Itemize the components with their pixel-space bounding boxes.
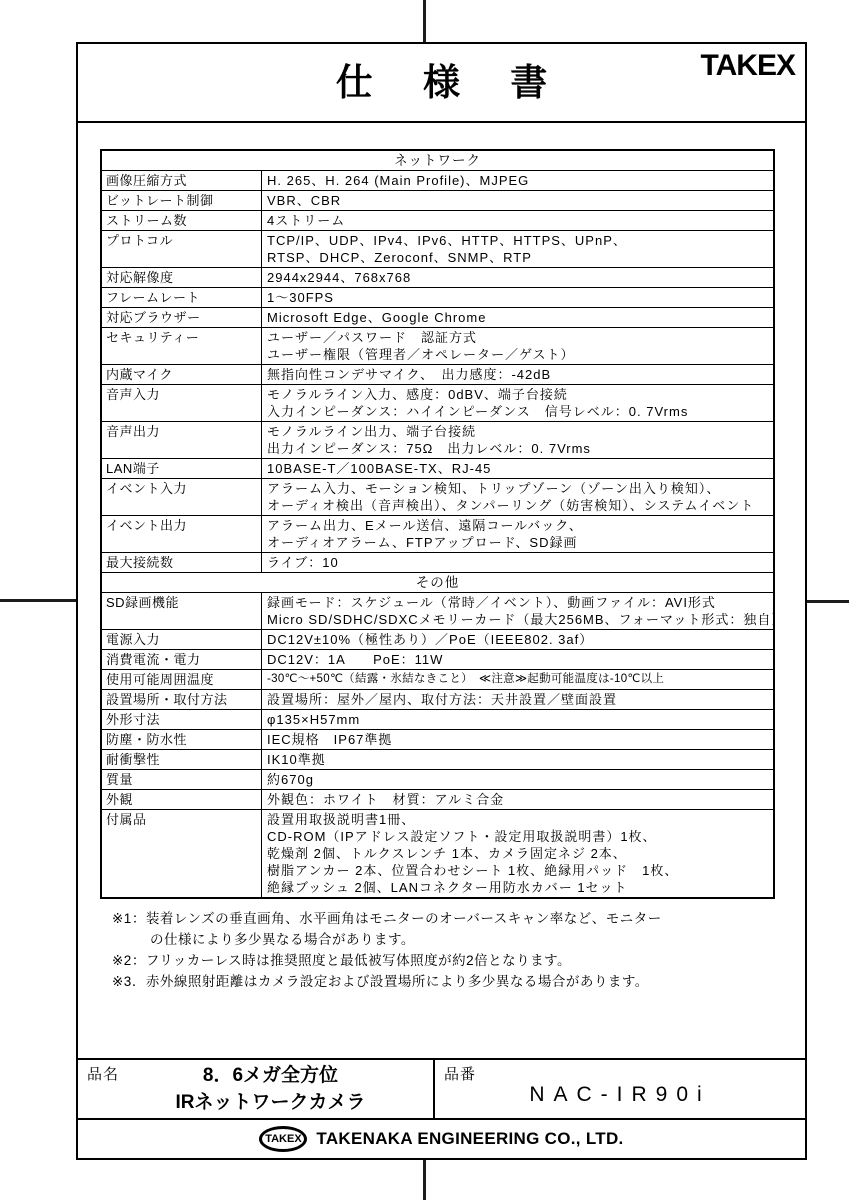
spec-value-line: 樹脂アンカー 2本、位置合わせシート 1枚、絶縁用パッド 1枚、 [267,862,768,879]
spec-value-line: 10BASE-T／100BASE-TX、RJ-45 [267,460,768,477]
spec-value-line: オーディオアラーム、FTPアップロード、SD録画 [267,534,768,551]
spec-row: 対応ブラウザーMicrosoft Edge、Google Chrome [102,307,773,327]
product-name-cell: 品名 8．6メガ全方位 IRネットワークカメラ [78,1060,435,1118]
footnote-line: ※1：装着レンズの垂直画角、水平画角はモニターのオーバースキャン率など、モニター [112,908,805,929]
spec-row: 消費電流・電力DC12V：1A PoE：11W [102,649,773,669]
spec-row-label: 消費電流・電力 [102,650,262,669]
spec-row-value: DC12V±10%（極性あり）／PoE（IEEE802. 3af） [262,630,773,649]
spec-value-line: DC12V：1A PoE：11W [267,651,768,668]
spec-row-value: ユーザー／パスワード 認証方式ユーザー権限（管理者／オペレーター／ゲスト） [262,328,773,364]
spec-row-value: 2944x2944、768x768 [262,268,773,287]
spec-row: ビットレート制御VBR、CBR [102,190,773,210]
footnote-line: ※2：フリッカーレス時は推奨照度と最低被写体照度が約2倍となります。 [112,950,805,971]
product-name: 8．6メガ全方位 IRネットワークカメラ [78,1060,433,1116]
spec-row-value: 設置場所：屋外／屋内、取付方法：天井設置／壁面設置 [262,690,773,709]
spec-row-value: 1～30FPS [262,288,773,307]
spec-value-line: 2944x2944、768x768 [267,269,768,286]
spec-row: 耐衝撃性IK10準拠 [102,749,773,769]
spec-row-value: Microsoft Edge、Google Chrome [262,308,773,327]
spec-row-label: 設置場所・取付方法 [102,690,262,709]
spec-row-value: -30℃～+50℃（結露・氷結なきこと） ≪注意≫起動可能温度は-10℃以上 [262,670,773,689]
spec-value-line: オーディオ検出（音声検出）、タンパーリング（妨害検知）、システムイベント [267,497,768,514]
spec-value-line: 1～30FPS [267,289,768,306]
spec-row-label: プロトコル [102,231,262,267]
spec-row-label: イベント入力 [102,479,262,515]
spec-row-value: VBR、CBR [262,191,773,210]
spec-row-label: 外観 [102,790,262,809]
spec-row: 質量約670g [102,769,773,789]
spec-row-label: 音声入力 [102,385,262,421]
spec-row-value: モノラルライン出力、端子台接続出力インピーダンス：75Ω 出力レベル：0. 7V… [262,422,773,458]
spec-value-line: 出力インピーダンス：75Ω 出力レベル：0. 7Vrms [267,440,768,457]
registration-mark-bottom [423,1158,426,1200]
spec-value-line: RTSP、DHCP、Zeroconf、SNMP、RTP [267,249,768,266]
spec-row-label: 防塵・防水性 [102,730,262,749]
spec-row-value: 4ストリーム [262,211,773,230]
spec-row: LAN端子10BASE-T／100BASE-TX、RJ-45 [102,458,773,478]
registration-mark-left [0,599,78,602]
registration-mark-top [423,0,426,44]
footnotes: ※1：装着レンズの垂直画角、水平画角はモニターのオーバースキャン率など、モニター… [112,908,805,992]
spec-row-value: IEC規格 IP67準拠 [262,730,773,749]
spec-row-label: 付属品 [102,810,262,897]
spec-row: SD録画機能録画モード：スケジュール（常時／イベント）、動画ファイル：AVI形式… [102,592,773,629]
spec-value-line: IEC規格 IP67準拠 [267,731,768,748]
spec-row-value: モノラルライン入力、感度：0dBV、端子台接続入力インピーダンス：ハイインピーダ… [262,385,773,421]
spec-value-line: -30℃～+50℃（結露・氷結なきこと） ≪注意≫起動可能温度は-10℃以上 [267,671,768,688]
spec-row-value: 設置用取扱説明書1冊、CD-ROM（IPアドレス設定ソフト・設定用取扱説明書）1… [262,810,773,897]
spec-row-value: IK10準拠 [262,750,773,769]
spec-row-label: ストリーム数 [102,211,262,230]
spec-row: セキュリティーユーザー／パスワード 認証方式ユーザー権限（管理者／オペレーター／… [102,327,773,364]
spec-row-label: 最大接続数 [102,553,262,572]
spec-row-value: アラーム入力、モーション検知、トリップゾーン（ゾーン出入り検知）、オーディオ検出… [262,479,773,515]
spec-row-label: 使用可能周囲温度 [102,670,262,689]
spec-row: 外観外観色：ホワイト 材質：アルミ合金 [102,789,773,809]
spec-value-line: 録画モード：スケジュール（常時／イベント）、動画ファイル：AVI形式 [267,594,768,611]
spec-row-label: 質量 [102,770,262,789]
spec-row: 電源入力DC12V±10%（極性あり）／PoE（IEEE802. 3af） [102,629,773,649]
section-header: ネットワーク [102,151,773,170]
spec-row-label: セキュリティー [102,328,262,364]
product-row: 品名 8．6メガ全方位 IRネットワークカメラ 品番 NAC-IR90i [78,1060,805,1118]
product-name-line-1: 8．6メガ全方位 [108,1062,433,1089]
spec-row: ストリーム数4ストリーム [102,210,773,230]
spec-value-line: ユーザー権限（管理者／オペレーター／ゲスト） [267,346,768,363]
spec-value-line: モノラルライン入力、感度：0dBV、端子台接続 [267,386,768,403]
spec-row: 最大接続数ライブ：10 [102,552,773,572]
spec-value-line: 外観色：ホワイト 材質：アルミ合金 [267,791,768,808]
spec-row-label: SD録画機能 [102,593,262,629]
spec-row-label: 外形寸法 [102,710,262,729]
spec-row-label: 対応ブラウザー [102,308,262,327]
spec-row: 内蔵マイク無指向性コンデサマイク、 出力感度：-42dB [102,364,773,384]
spec-row: 音声出力モノラルライン出力、端子台接続出力インピーダンス：75Ω 出力レベル：0… [102,421,773,458]
spec-row: 対応解像度2944x2944、768x768 [102,267,773,287]
product-number: NAC-IR90i [435,1060,805,1107]
spec-row-label: 画像圧縮方式 [102,171,262,190]
spec-value-line: モノラルライン出力、端子台接続 [267,423,768,440]
section-header: その他 [102,572,773,592]
spec-row-label: 電源入力 [102,630,262,649]
takex-logo-text: TAKEX [265,1133,301,1145]
product-number-cell: 品番 NAC-IR90i [435,1060,805,1118]
spec-value-line: 入力インピーダンス：ハイインピーダンス 信号レベル：0. 7Vrms [267,403,768,420]
spec-value-line: 4ストリーム [267,212,768,229]
spec-sheet-page: { "page": { "title": "仕 様 書", "brand": "… [0,0,849,1200]
spec-row-value: H. 265、H. 264 (Main Profile)、MJPEG [262,171,773,190]
spec-row-value: φ135×H57mm [262,710,773,729]
spec-row: フレームレート1～30FPS [102,287,773,307]
product-name-label: 品名 [87,1063,119,1084]
spec-row: 使用可能周囲温度-30℃～+50℃（結露・氷結なきこと） ≪注意≫起動可能温度は… [102,669,773,689]
spec-value-line: 約670g [267,771,768,788]
spec-row-label: 対応解像度 [102,268,262,287]
spec-row-value: 約670g [262,770,773,789]
footer: TAKEX TAKENAKA ENGINEERING CO., LTD. [78,1118,805,1158]
spec-row-value: 無指向性コンデサマイク、 出力感度：-42dB [262,365,773,384]
spec-row-value: DC12V：1A PoE：11W [262,650,773,669]
bottom-block: 品名 8．6メガ全方位 IRネットワークカメラ 品番 NAC-IR90i TAK… [78,1058,805,1158]
spec-row-value: TCP/IP、UDP、IPv4、IPv6、HTTP、HTTPS、UPnP、RTS… [262,231,773,267]
sheet-header: 仕 様 書 TAKEX [78,44,805,123]
spec-value-line: 設置場所：屋外／屋内、取付方法：天井設置／壁面設置 [267,691,768,708]
spec-row-label: 音声出力 [102,422,262,458]
spec-row: プロトコルTCP/IP、UDP、IPv4、IPv6、HTTP、HTTPS、UPn… [102,230,773,267]
spec-row-label: イベント出力 [102,516,262,552]
product-name-line-2: IRネットワークカメラ [108,1089,433,1116]
spec-value-line: ユーザー／パスワード 認証方式 [267,329,768,346]
spec-row: 音声入力モノラルライン入力、感度：0dBV、端子台接続入力インピーダンス：ハイイ… [102,384,773,421]
spec-value-line: 絶縁ブッシュ 2個、LANコネクター用防水カバー 1セット [267,879,768,896]
spec-row: 設置場所・取付方法設置場所：屋外／屋内、取付方法：天井設置／壁面設置 [102,689,773,709]
spec-value-line: Microsoft Edge、Google Chrome [267,309,768,326]
spec-row: 外形寸法φ135×H57mm [102,709,773,729]
company-name: TAKENAKA ENGINEERING CO., LTD. [316,1129,623,1149]
document-title: 仕 様 書 [78,44,805,121]
spec-value-line: IK10準拠 [267,751,768,768]
spec-row-value: ライブ：10 [262,553,773,572]
spec-value-line: ライブ：10 [267,554,768,571]
takex-brand-logo: TAKEX [701,49,795,83]
spec-value-line: 乾燥剤 2個、トルクスレンチ 1本、カメラ固定ネジ 2本、 [267,845,768,862]
spec-value-line: アラーム出力、Eメール送信、遠隔コールバック、 [267,517,768,534]
spec-value-line: 設置用取扱説明書1冊、 [267,811,768,828]
spec-row-label: 内蔵マイク [102,365,262,384]
spec-row: 画像圧縮方式H. 265、H. 264 (Main Profile)、MJPEG [102,170,773,190]
spec-value-line: TCP/IP、UDP、IPv4、IPv6、HTTP、HTTPS、UPnP、 [267,232,768,249]
spec-value-line: Micro SD/SDHC/SDXCメモリーカード（最大256MB、フォーマット… [267,611,768,628]
spec-value-line: φ135×H57mm [267,711,768,728]
takex-logo-icon: TAKEX [259,1126,307,1152]
spec-row-label: ビットレート制御 [102,191,262,210]
spec-value-line: CD-ROM（IPアドレス設定ソフト・設定用取扱説明書）1枚、 [267,828,768,845]
spec-row-label: LAN端子 [102,459,262,478]
spec-row-value: 録画モード：スケジュール（常時／イベント）、動画ファイル：AVI形式Micro … [262,593,773,629]
spec-row: イベント入力アラーム入力、モーション検知、トリップゾーン（ゾーン出入り検知）、オ… [102,478,773,515]
spec-row: 防塵・防水性IEC規格 IP67準拠 [102,729,773,749]
sheet-body: ネットワーク画像圧縮方式H. 265、H. 264 (Main Profile)… [78,149,805,992]
spec-row-label: フレームレート [102,288,262,307]
spec-row-value: 外観色：ホワイト 材質：アルミ合金 [262,790,773,809]
product-number-label: 品番 [444,1063,476,1084]
spec-row-value: アラーム出力、Eメール送信、遠隔コールバック、オーディオアラーム、FTPアップロ… [262,516,773,552]
spec-value-line: H. 265、H. 264 (Main Profile)、MJPEG [267,172,768,189]
footnote-line: の仕様により多少異なる場合があります。 [112,929,805,950]
spec-table: ネットワーク画像圧縮方式H. 265、H. 264 (Main Profile)… [100,149,775,899]
spec-value-line: VBR、CBR [267,192,768,209]
spec-row-value: 10BASE-T／100BASE-TX、RJ-45 [262,459,773,478]
spec-value-line: 無指向性コンデサマイク、 出力感度：-42dB [267,366,768,383]
spec-row: イベント出力アラーム出力、Eメール送信、遠隔コールバック、オーディオアラーム、F… [102,515,773,552]
spec-value-line: アラーム入力、モーション検知、トリップゾーン（ゾーン出入り検知）、 [267,480,768,497]
spec-value-line: DC12V±10%（極性あり）／PoE（IEEE802. 3af） [267,631,768,648]
footnote-line: ※3．赤外線照射距離はカメラ設定および設置場所により多少異なる場合があります。 [112,971,805,992]
spec-row-label: 耐衝撃性 [102,750,262,769]
spec-row: 付属品設置用取扱説明書1冊、CD-ROM（IPアドレス設定ソフト・設定用取扱説明… [102,809,773,897]
registration-mark-right [806,600,849,603]
spec-sheet: 仕 様 書 TAKEX ネットワーク画像圧縮方式H. 265、H. 264 (M… [76,42,807,1160]
